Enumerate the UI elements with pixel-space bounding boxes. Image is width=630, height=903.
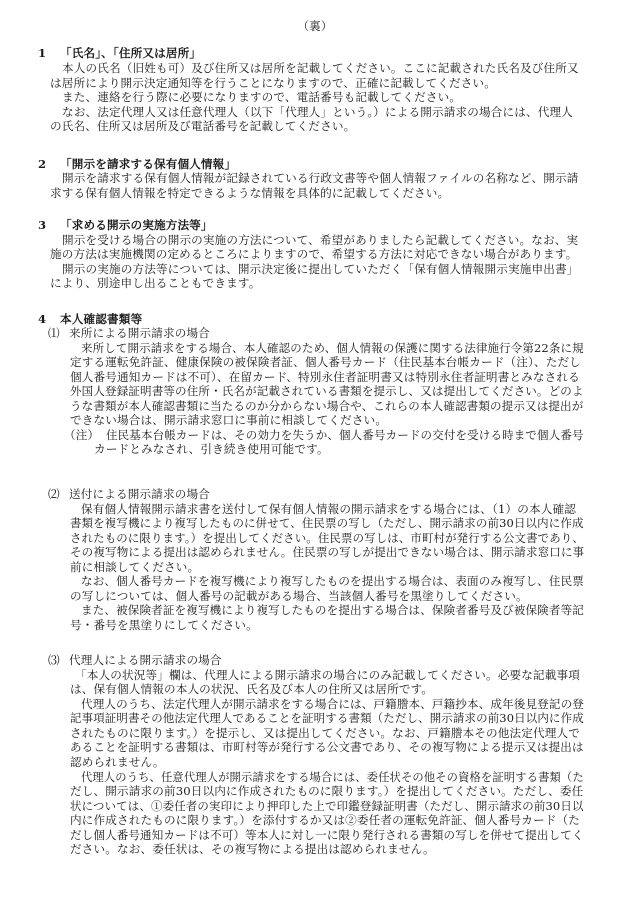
section-number: 1 <box>38 46 46 60</box>
paragraph-line: また、連絡を行う際に必要になりますので、電話番号も記載してください。 <box>62 90 461 104</box>
paragraph-line: 来所して開示請求をする場合、本人確認のため、個人情報の保護に関する法律施行令第2… <box>81 341 584 355</box>
paragraph-line: 代理人のうち、任意代理人が開示請求をする場合には、委任状その他その資格を証明する… <box>81 770 584 784</box>
subsection-heading: 代理人による開示請求の場合 <box>69 653 222 667</box>
paragraph-line: だし個人番号通知カードは不可）等本人に対し一に限り発行される書類の写しを併せて提… <box>70 828 584 842</box>
paragraph-line: また、被保険者証を複写機により複写したものを提出する場合は、保険者番号及び被保険… <box>81 603 584 617</box>
paragraph-line: は、保有個人情報の本人の状況、氏名及び本人の住所又は居所です。 <box>70 682 433 696</box>
paragraph-line: あることを証明する書類は、市町村等が発行する公文書であり、その複写物による提示又… <box>70 740 584 754</box>
subsection-number: ⑵ <box>48 487 60 501</box>
section-heading: 「求める開示の実施方法等」 <box>60 218 213 232</box>
subsection-heading: 送付による開示請求の場合 <box>69 487 210 501</box>
paragraph-line: 定する運転免許証、健康保険の被保険者証、個人番号カード（住民基本台帳カード（注）… <box>70 355 581 369</box>
paragraph-line: 本人の氏名（旧姓も可）及び住所又は居所を記載してください。ここに記載された氏名及… <box>62 61 579 75</box>
note-label: （注） <box>64 428 99 442</box>
section-heading: 「氏名」、「住所又は居所」 <box>60 46 201 60</box>
section-number: 2 <box>38 157 46 171</box>
page-title: （裏） <box>0 19 630 33</box>
paragraph-line: 開示の実施の方法等については、開示決定後に提出していただく「保有個人情報開示実施… <box>62 262 579 276</box>
paragraph-line: 代理人のうち、法定代理人が開示請求をする場合には、戸籍謄本、戸籍抄本、成年後見登… <box>81 697 584 711</box>
subsection-heading: 来所による開示請求の場合 <box>69 326 210 340</box>
paragraph-line: 保有個人情報開示請求書を送付して保有個人情報の開示請求をする場合には、（1）の本… <box>81 502 576 516</box>
paragraph-line: 外国人登録証明書等の住所・氏名が記載されている書類を提示し、又は提出してください… <box>70 384 584 398</box>
paragraph-line: 状については、①委任者の実印により押印した上で印鑑登録証明書（ただし、開示請求の… <box>70 799 584 813</box>
paragraph-line: 号・番号を黒塗りにしてください。 <box>70 618 258 632</box>
section-heading: 本人確認書類等 <box>60 312 142 326</box>
paragraph-line: なお、個人番号カードを複写機により複写したものを提出する場合は、表面のみ複写し、… <box>81 574 584 588</box>
section-number: 3 <box>38 218 46 232</box>
paragraph-line: 内に作成されたものに限ります。）を添付するか又は②委任者の運転免許証、個人番号カ… <box>70 813 580 827</box>
paragraph-line: 開示を請求する保有個人情報が記録されている行政文書等や個人情報ファイルの名称など… <box>62 171 579 185</box>
paragraph-line: されたものに限ります。）を提出してください。住民票の写しは、市町村が発行する公文… <box>70 531 584 545</box>
paragraph-line: 「本人の状況等」欄は、代理人による開示請求の場合にのみ記載してください。必要な記… <box>75 668 580 682</box>
paragraph-line: だし、開示請求の前30日以内に作成されたものに限ります。）を提出してください。た… <box>70 784 583 798</box>
note-line: カードとみなされ、引き続き使用可能です。 <box>94 442 329 456</box>
paragraph-line: 前に相談してください。 <box>70 560 199 574</box>
subsection-number: ⑶ <box>48 653 60 667</box>
paragraph-line: されたものに限ります。）を提示し、又は提出してください。なお、戸籍謄本その他法定… <box>70 726 580 740</box>
paragraph-line: 開示を受ける場合の開示の実施の方法について、希望がありましたら記載してください。… <box>62 233 578 247</box>
paragraph-line: 施の方法は実施機関の定めるところによりますので、希望する方法に対応できない場合が… <box>50 247 577 261</box>
paragraph-line: 個人番号通知カードは不可）、在留カード、特別永住者証明書又は特別永住者証明書とみ… <box>70 370 580 384</box>
paragraph-line: その複写物による提出は認められません。住民票の写しが提出できない場合は、開示請求… <box>70 545 584 559</box>
paragraph-line: できない場合は、開示請求窓口に事前に相談してください。 <box>70 413 387 427</box>
paragraph-line: は居所により開示決定通知等を行うことになりますので、正確に記載してください。 <box>50 76 496 90</box>
paragraph-line: ださい。なお、委任状は、その複写物による提出は認められません。 <box>70 842 435 856</box>
note-line: 住民基本台帳カードは、その効力を失うか、個人番号カードの交付を受ける時まで個人番… <box>106 428 584 442</box>
document-page: （裏） 1 「氏名」、「住所又は居所」 本人の氏名（旧姓も可）及び住所又は居所を… <box>0 0 630 903</box>
paragraph-line: なお、法定代理人又は任意代理人（以下「代理人」という。）による開示請求の場合には… <box>62 105 573 119</box>
subsection-number: ⑴ <box>48 326 60 340</box>
paragraph-line: うな書類が本人確認書類に当たるのか分からない場合や、これらの本人確認書類の提示又… <box>70 399 583 413</box>
paragraph-line: 求する保有個人情報を特定できるような情報を具体的に記載してください。 <box>50 186 449 200</box>
section-number: 4 <box>38 312 46 326</box>
section-heading: 「開示を請求する保有個人情報」 <box>60 157 236 171</box>
paragraph-line: の写しについては、個人番号の記載がある場合、当該個人番号を黒塗りしてください。 <box>70 589 528 603</box>
paragraph-line: 書類を複写機により複写したものに併せて、住民票の写し（ただし、開示請求の前30日… <box>70 516 584 530</box>
paragraph-line: 認められません。 <box>70 755 165 769</box>
paragraph-line: 記事項証明書その他法定代理人であることを証明する書類（ただし、開示請求の前30日… <box>70 711 584 725</box>
paragraph-line: により、別途申し出ることもできます。 <box>50 276 260 290</box>
paragraph-line: の氏名、住所又は居所及び電話番号を記載してください。 <box>50 119 355 133</box>
